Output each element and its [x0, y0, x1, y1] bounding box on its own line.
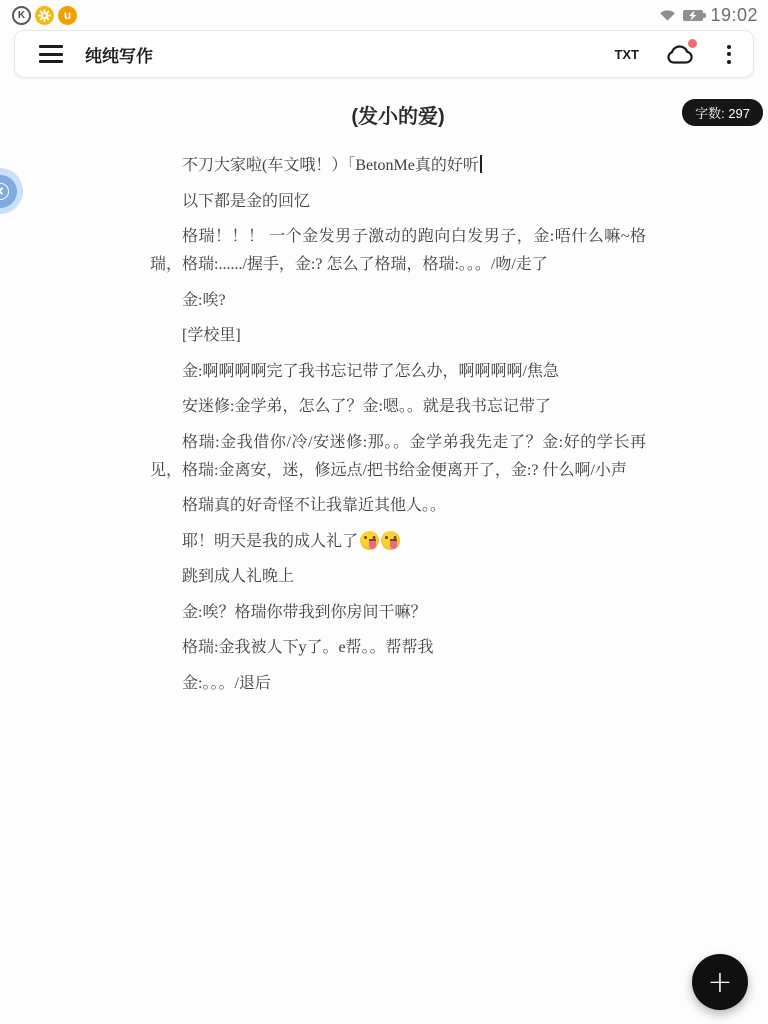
more-options-icon[interactable] [721, 43, 737, 66]
u-app-notification-icon: u [58, 6, 77, 25]
paragraph[interactable]: 格瑞:金我被人下y了。e帮。。帮帮我 [150, 634, 646, 662]
paragraph[interactable]: 金:唉？格瑞你带我到你房间干嘛？ [150, 599, 646, 627]
paragraph[interactable]: 格瑞真的好奇怪不让我靠近其他人。。 [150, 492, 646, 520]
paragraph[interactable]: 以下都是金的回忆 [150, 188, 646, 216]
paragraph[interactable]: 跳到成人礼晚上 [150, 563, 646, 591]
face-savoring-food-emoji-icon [381, 531, 400, 550]
keyboard-collapse-icon [0, 175, 17, 208]
document-body[interactable]: 不刀大家啦(车文哦！）「BetonMe真的好听 以下都是金的回忆 格瑞！！！ 一… [0, 152, 768, 698]
cloud-sync-icon[interactable] [665, 42, 695, 66]
editor-area[interactable]: (发小的爱) 不刀大家啦(车文哦！）「BetonMe真的好听 以下都是金的回忆 … [0, 78, 768, 1024]
txt-export-icon[interactable]: TXT [614, 47, 639, 62]
add-button[interactable]: + [692, 954, 748, 1010]
paragraph[interactable]: 格瑞:金我借你/冷/安迷修:那。。金学弟我先走了？金:好的学长再见，格瑞:金离安… [150, 429, 646, 485]
paragraph[interactable]: 金:唉? [150, 287, 646, 315]
menu-icon[interactable] [39, 45, 63, 63]
document-title[interactable]: (发小的爱) [0, 100, 768, 129]
screen: K u [0, 0, 768, 1024]
face-savoring-food-emoji-icon [360, 531, 379, 550]
paragraph[interactable]: 不刀大家啦(车文哦！）「BetonMe真的好听 [150, 152, 646, 180]
battery-charging-icon [683, 10, 703, 21]
paragraph[interactable]: 格瑞！！！ 一个金发男子激动的跑向白发男子，金:唔什么嘛~格瑞，格瑞:.....… [150, 223, 646, 279]
wifi-icon [659, 8, 676, 22]
k-app-notification-icon: K [12, 6, 31, 25]
paragraph[interactable]: 金:。。。/退后 [150, 670, 646, 698]
paragraph[interactable]: 金:啊啊啊啊完了我书忘记带了怎么办，啊啊啊啊/焦急 [150, 358, 646, 386]
paragraph[interactable]: [学校里] [150, 322, 646, 350]
app-toolbar: 纯纯写作 TXT [14, 30, 754, 78]
clock: 19:02 [710, 5, 758, 26]
paragraph[interactable]: 安迷修:金学弟，怎么了？金:嗯。。就是我书忘记带了 [150, 393, 646, 421]
gear-app-notification-icon [35, 6, 54, 25]
status-bar: K u [0, 0, 768, 28]
app-title: 纯纯写作 [85, 42, 153, 67]
notification-icons: K u [12, 6, 77, 25]
paragraph[interactable]: 耶！明天是我的成人礼了 [150, 528, 646, 556]
text-cursor [480, 155, 482, 173]
sync-alert-dot [688, 39, 697, 48]
